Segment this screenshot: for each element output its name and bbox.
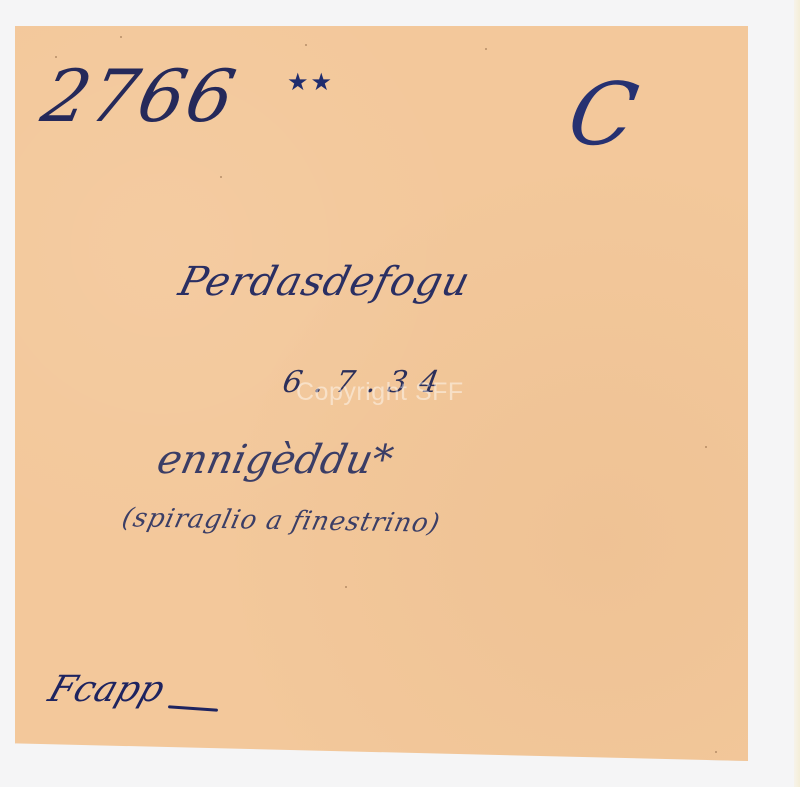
paper-speck bbox=[345, 586, 347, 588]
place-name: Perdasdefogu bbox=[175, 262, 474, 302]
scan-background: 2766 ★★ C Perdasdefogu 6.7.34 Copyright … bbox=[0, 0, 800, 787]
signature: Fcapp bbox=[44, 672, 168, 708]
paper-speck bbox=[220, 176, 222, 178]
paper-speck bbox=[485, 48, 487, 50]
copyright-watermark: Copyright SFF bbox=[296, 378, 464, 407]
paper-speck bbox=[705, 446, 707, 448]
dialect-term: ennigèddu* bbox=[154, 440, 397, 480]
paper-speck bbox=[120, 36, 122, 38]
paper-speck bbox=[715, 751, 717, 753]
star-marks-icon: ★★ bbox=[287, 70, 334, 94]
italian-translation: (spiraglio a finestrino) bbox=[120, 505, 443, 537]
catalog-number: 2766 bbox=[36, 60, 243, 132]
scanner-edge bbox=[794, 0, 800, 787]
paper-speck bbox=[305, 44, 307, 46]
